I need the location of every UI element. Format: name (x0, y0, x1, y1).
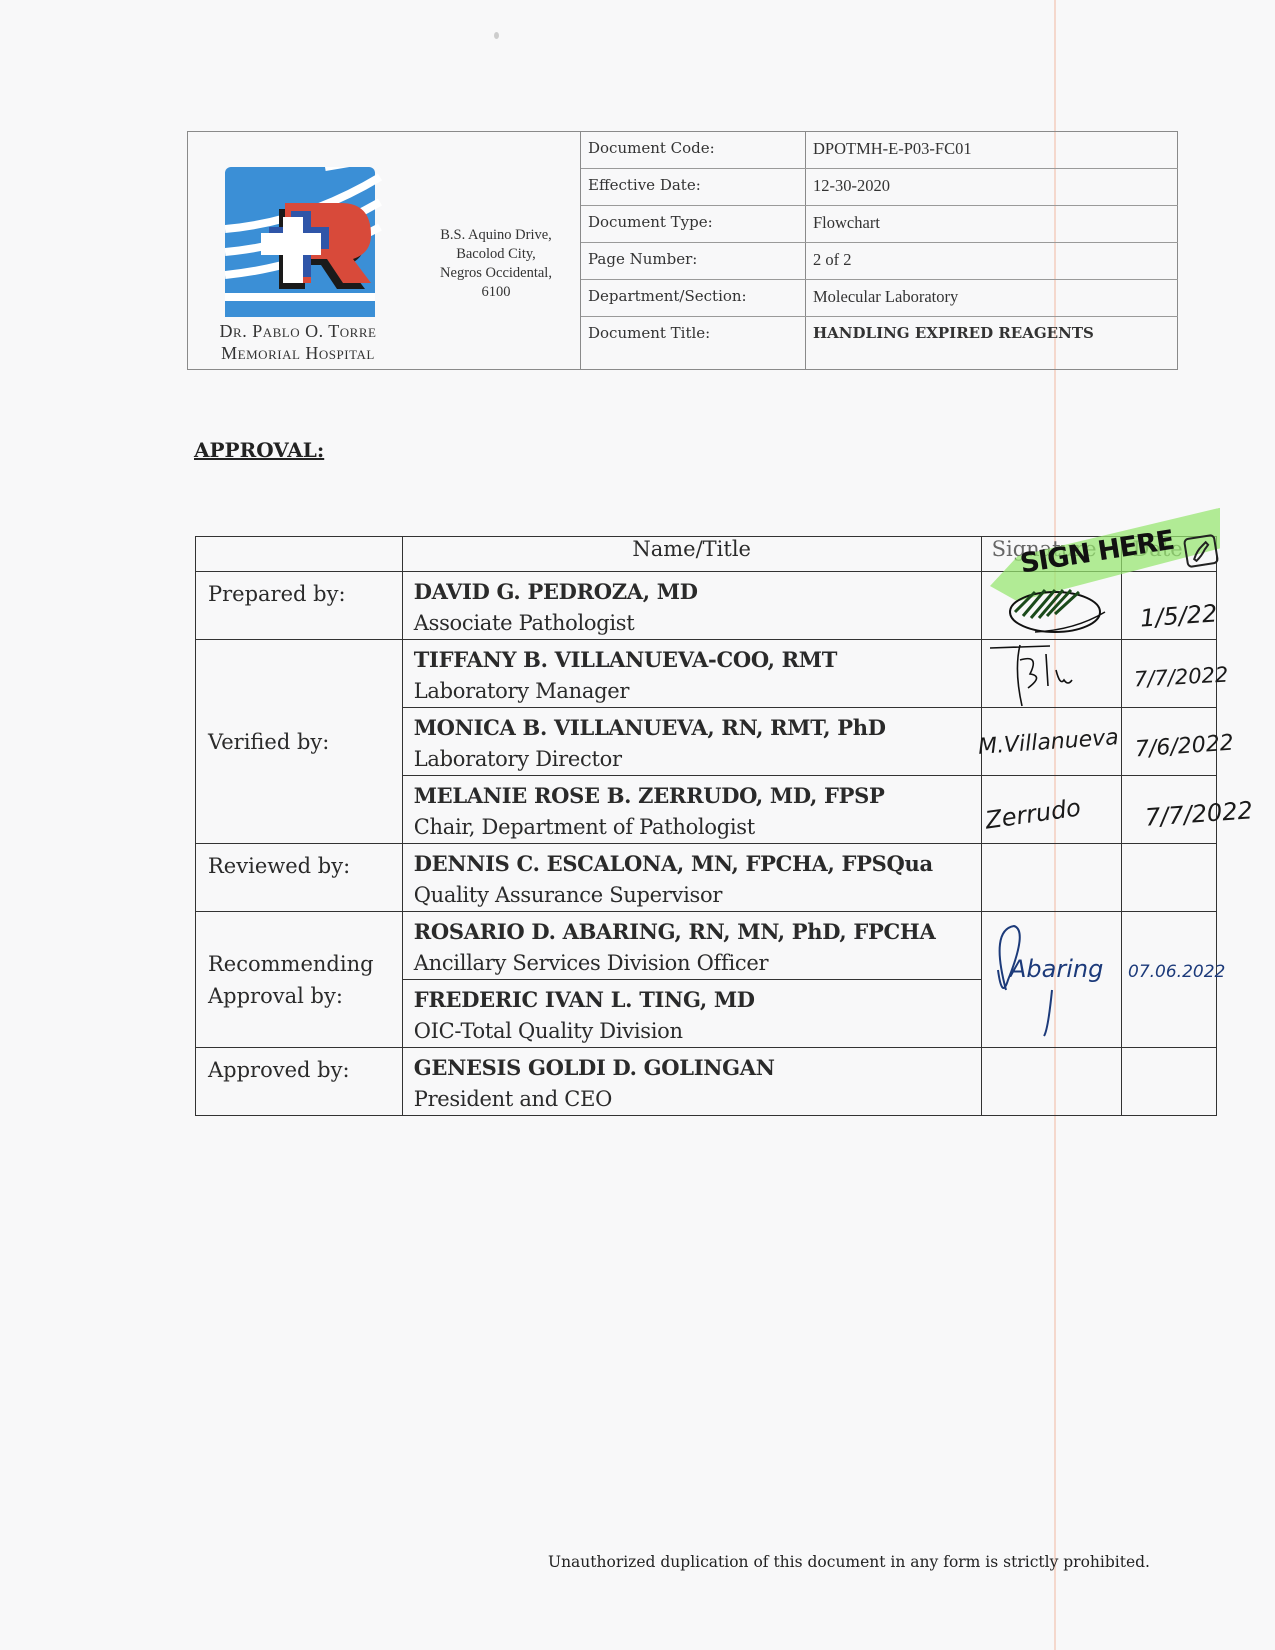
approval-heading: APPROVAL: (194, 438, 324, 462)
meta-row-document-code: Document Code: DPOTMH-E-P03-FC01 (581, 132, 1178, 169)
document-header-table: Dr. Pablo O. Torre Memorial Hospital B.S… (187, 131, 1178, 370)
person-cell: GENESIS GOLDI D. GOLINGAN President and … (402, 1048, 981, 1116)
signature-field[interactable] (981, 844, 1122, 912)
document-metadata: Document Code: DPOTMH-E-P03-FC01 Effecti… (581, 132, 1178, 370)
person-cell: DAVID G. PEDROZA, MD Associate Pathologi… (402, 572, 981, 640)
document-code: DPOTMH-E-P03-FC01 (806, 132, 1178, 168)
hospital-logo-icon (225, 167, 385, 317)
role-label: Approved by: (196, 1048, 403, 1116)
meta-row-document-type: Document Type: Flowchart (581, 206, 1178, 243)
person-cell: FREDERIC IVAN L. TING, MD OIC-Total Qual… (402, 980, 981, 1048)
document-title: HANDLING EXPIRED REAGENTS (806, 317, 1178, 370)
date-zerrudo: 7/7/2022 (1144, 796, 1253, 831)
meta-row-document-title: Document Title: HANDLING EXPIRED REAGENT… (581, 317, 1178, 370)
date-pedroza: 1/5/22 (1139, 599, 1218, 632)
hospital-address: B.S. Aquino Drive, Bacolod City, Negros … (416, 226, 576, 302)
hand-writing-icon (1183, 534, 1219, 569)
date-villanueva-coo: 7/7/2022 (1133, 663, 1228, 692)
signature-abaring-text: Abaring (1010, 955, 1103, 983)
col-name-title: Name/Title (402, 537, 981, 572)
effective-date: 12-30-2020 (806, 169, 1178, 205)
signature-villanueva-coo (990, 640, 1100, 710)
hospital-name: Dr. Pablo O. Torre Memorial Hospital (188, 320, 408, 364)
role-label: Prepared by: (196, 572, 403, 640)
date-field[interactable] (1122, 1048, 1217, 1116)
person-cell: MELANIE ROSE B. ZERRUDO, MD, FPSP Chair,… (402, 776, 981, 844)
scan-speck (494, 32, 499, 39)
date-abaring: 07.06.2022 (1128, 962, 1225, 982)
duplication-notice: Unauthorized duplication of this documen… (548, 1553, 1150, 1571)
person-cell: MONICA B. VILLANUEVA, RN, RMT, PhD Labor… (402, 708, 981, 776)
document-type: Flowchart (806, 206, 1178, 242)
table-row: Reviewed by: DENNIS C. ESCALONA, MN, FPC… (196, 844, 1217, 912)
meta-row-department: Department/Section: Molecular Laboratory (581, 280, 1178, 317)
page-number: 2 of 2 (806, 243, 1178, 279)
date-field[interactable] (1122, 844, 1217, 912)
role-label: Verified by: (196, 640, 403, 844)
meta-row-effective-date: Effective Date: 12-30-2020 (581, 169, 1178, 206)
meta-row-page-number: Page Number: 2 of 2 (581, 243, 1178, 280)
role-label: Recommending Approval by: (196, 912, 403, 1048)
person-cell: TIFFANY B. VILLANUEVA-COO, RMT Laborator… (402, 640, 981, 708)
department: Molecular Laboratory (806, 280, 1178, 316)
person-cell: ROSARIO D. ABARING, RN, MN, PhD, FPCHA A… (402, 912, 981, 980)
signature-field[interactable] (981, 1048, 1122, 1116)
table-row: Approved by: GENESIS GOLDI D. GOLINGAN P… (196, 1048, 1217, 1116)
hospital-branding: Dr. Pablo O. Torre Memorial Hospital B.S… (188, 132, 581, 369)
role-label: Reviewed by: (196, 844, 403, 912)
person-cell: DENNIS C. ESCALONA, MN, FPCHA, FPSQua Qu… (402, 844, 981, 912)
